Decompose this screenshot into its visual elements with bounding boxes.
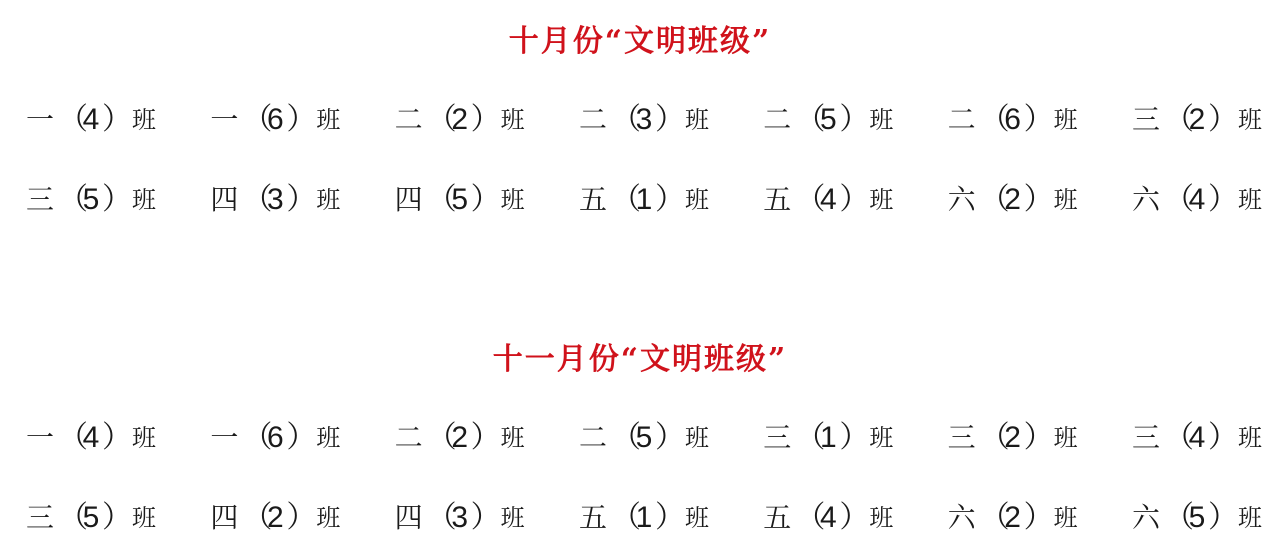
open-paren: （ <box>58 100 80 140</box>
class-item: 三（2）班 <box>944 418 1086 458</box>
grade-label: 三 <box>944 418 980 458</box>
close-paren: ） <box>471 100 493 140</box>
grade-label: 三 <box>759 418 795 458</box>
class-suffix: 班 <box>677 498 717 538</box>
open-paren: （ <box>795 180 817 220</box>
class-item: 六（2）班 <box>944 498 1086 538</box>
class-item: 五（1）班 <box>575 180 717 220</box>
class-suffix: 班 <box>493 100 533 140</box>
class-suffix: 班 <box>677 100 717 140</box>
grade-label: 五 <box>575 498 611 538</box>
grade-label: 六 <box>1128 180 1164 220</box>
grade-label: 一 <box>206 418 242 458</box>
class-item: 四（3）班 <box>206 180 348 220</box>
close-paren: ） <box>655 498 677 538</box>
class-item: 五（4）班 <box>759 180 901 220</box>
class-suffix: 班 <box>1230 100 1270 140</box>
class-item: 一（4）班 <box>22 100 164 140</box>
open-paren: （ <box>242 498 264 538</box>
class-number: 5 <box>1186 498 1208 538</box>
class-number: 2 <box>1186 100 1208 140</box>
class-suffix: 班 <box>1046 418 1086 458</box>
class-number: 5 <box>80 180 102 220</box>
close-paren: ） <box>1024 100 1046 140</box>
open-paren: （ <box>1164 180 1186 220</box>
class-number: 6 <box>1002 100 1024 140</box>
class-suffix: 班 <box>861 498 901 538</box>
class-item: 五（1）班 <box>575 498 717 538</box>
class-suffix: 班 <box>493 180 533 220</box>
close-paren: ） <box>839 498 861 538</box>
class-item: 二（3）班 <box>575 100 717 140</box>
class-item: 六（4）班 <box>1128 180 1270 220</box>
grade-label: 二 <box>575 100 611 140</box>
class-suffix: 班 <box>677 418 717 458</box>
grade-label: 五 <box>575 180 611 220</box>
class-suffix: 班 <box>308 498 348 538</box>
open-paren: （ <box>242 418 264 458</box>
class-suffix: 班 <box>308 180 348 220</box>
close-paren: ） <box>655 100 677 140</box>
class-item: 二（5）班 <box>575 418 717 458</box>
class-number: 3 <box>633 100 655 140</box>
close-paren: ） <box>286 180 308 220</box>
class-number: 4 <box>1186 418 1208 458</box>
class-suffix: 班 <box>308 418 348 458</box>
class-number: 1 <box>633 498 655 538</box>
grade-label: 四 <box>206 498 242 538</box>
close-paren: ） <box>655 418 677 458</box>
open-paren: （ <box>611 100 633 140</box>
grade-label: 二 <box>391 100 427 140</box>
class-suffix: 班 <box>1046 498 1086 538</box>
class-item: 一（4）班 <box>22 418 164 458</box>
close-paren: ） <box>1024 180 1046 220</box>
class-number: 6 <box>264 418 286 458</box>
grade-label: 二 <box>759 100 795 140</box>
november-section-title: 十一月份“文明班级” <box>0 338 1280 382</box>
class-number: 6 <box>264 100 286 140</box>
grade-label: 二 <box>944 100 980 140</box>
class-number: 5 <box>80 498 102 538</box>
open-paren: （ <box>427 498 449 538</box>
class-number: 2 <box>449 100 471 140</box>
class-item: 二（5）班 <box>759 100 901 140</box>
class-item: 二（6）班 <box>944 100 1086 140</box>
class-number: 2 <box>1002 498 1024 538</box>
grade-label: 一 <box>22 100 58 140</box>
close-paren: ） <box>286 418 308 458</box>
close-paren: ） <box>1208 418 1230 458</box>
close-paren: ） <box>1208 498 1230 538</box>
class-number: 2 <box>1002 180 1024 220</box>
grade-label: 六 <box>944 180 980 220</box>
close-paren: ） <box>102 180 124 220</box>
close-paren: ） <box>102 418 124 458</box>
class-suffix: 班 <box>124 418 164 458</box>
close-paren: ） <box>1208 180 1230 220</box>
grade-label: 四 <box>391 180 427 220</box>
open-paren: （ <box>980 180 1002 220</box>
close-paren: ） <box>286 498 308 538</box>
class-item: 六（5）班 <box>1128 498 1270 538</box>
class-number: 4 <box>80 418 102 458</box>
grade-label: 三 <box>1128 418 1164 458</box>
grade-label: 五 <box>759 180 795 220</box>
close-paren: ） <box>1024 418 1046 458</box>
november-class-row-2: 三（5）班 四（2）班 四（3）班 五（1）班 五（4）班 六（2）班 六（5）… <box>22 498 1270 538</box>
close-paren: ） <box>471 498 493 538</box>
class-suffix: 班 <box>1046 180 1086 220</box>
open-paren: （ <box>242 180 264 220</box>
class-suffix: 班 <box>861 100 901 140</box>
class-item: 二（2）班 <box>391 418 533 458</box>
open-paren: （ <box>980 418 1002 458</box>
grade-label: 三 <box>22 498 58 538</box>
open-paren: （ <box>58 498 80 538</box>
open-paren: （ <box>1164 418 1186 458</box>
open-paren: （ <box>58 180 80 220</box>
close-paren: ） <box>839 418 861 458</box>
class-item: 三（5）班 <box>22 498 164 538</box>
open-paren: （ <box>980 498 1002 538</box>
class-suffix: 班 <box>861 418 901 458</box>
close-paren: ） <box>471 180 493 220</box>
class-number: 5 <box>633 418 655 458</box>
open-paren: （ <box>611 498 633 538</box>
class-item: 三（1）班 <box>759 418 901 458</box>
class-number: 3 <box>449 498 471 538</box>
close-paren: ） <box>102 100 124 140</box>
grade-label: 一 <box>22 418 58 458</box>
class-suffix: 班 <box>124 498 164 538</box>
class-number: 1 <box>817 418 839 458</box>
open-paren: （ <box>795 498 817 538</box>
open-paren: （ <box>427 180 449 220</box>
class-suffix: 班 <box>1230 498 1270 538</box>
grade-label: 三 <box>22 180 58 220</box>
grade-label: 四 <box>206 180 242 220</box>
close-paren: ） <box>839 180 861 220</box>
class-suffix: 班 <box>308 100 348 140</box>
grade-label: 二 <box>575 418 611 458</box>
class-item: 一（6）班 <box>206 100 348 140</box>
grade-label: 六 <box>1128 498 1164 538</box>
class-suffix: 班 <box>493 498 533 538</box>
open-paren: （ <box>795 418 817 458</box>
class-item: 五（4）班 <box>759 498 901 538</box>
grade-label: 四 <box>391 498 427 538</box>
class-number: 5 <box>817 100 839 140</box>
open-paren: （ <box>58 418 80 458</box>
class-number: 2 <box>264 498 286 538</box>
class-suffix: 班 <box>493 418 533 458</box>
class-suffix: 班 <box>861 180 901 220</box>
open-paren: （ <box>427 100 449 140</box>
close-paren: ） <box>102 498 124 538</box>
class-suffix: 班 <box>1046 100 1086 140</box>
class-number: 5 <box>449 180 471 220</box>
class-number: 4 <box>80 100 102 140</box>
open-paren: （ <box>1164 498 1186 538</box>
class-item: 三（4）班 <box>1128 418 1270 458</box>
close-paren: ） <box>471 418 493 458</box>
class-item: 三（2）班 <box>1128 100 1270 140</box>
class-suffix: 班 <box>1230 180 1270 220</box>
class-number: 3 <box>264 180 286 220</box>
class-item: 一（6）班 <box>206 418 348 458</box>
class-number: 4 <box>817 180 839 220</box>
close-paren: ） <box>839 100 861 140</box>
class-item: 四（5）班 <box>391 180 533 220</box>
class-suffix: 班 <box>1230 418 1270 458</box>
class-suffix: 班 <box>677 180 717 220</box>
class-number: 4 <box>1186 180 1208 220</box>
class-item: 四（3）班 <box>391 498 533 538</box>
class-item: 二（2）班 <box>391 100 533 140</box>
open-paren: （ <box>611 180 633 220</box>
close-paren: ） <box>286 100 308 140</box>
class-number: 1 <box>633 180 655 220</box>
grade-label: 二 <box>391 418 427 458</box>
class-number: 4 <box>817 498 839 538</box>
october-class-row-2: 三（5）班 四（3）班 四（5）班 五（1）班 五（4）班 六（2）班 六（4）… <box>22 180 1270 220</box>
class-suffix: 班 <box>124 100 164 140</box>
class-suffix: 班 <box>124 180 164 220</box>
grade-label: 一 <box>206 100 242 140</box>
class-item: 三（5）班 <box>22 180 164 220</box>
grade-label: 五 <box>759 498 795 538</box>
close-paren: ） <box>1208 100 1230 140</box>
close-paren: ） <box>655 180 677 220</box>
class-number: 2 <box>449 418 471 458</box>
grade-label: 六 <box>944 498 980 538</box>
october-section-title: 十月份“文明班级” <box>0 20 1280 64</box>
open-paren: （ <box>1164 100 1186 140</box>
october-class-row-1: 一（4）班 一（6）班 二（2）班 二（3）班 二（5）班 二（6）班 三（2）… <box>22 100 1270 140</box>
open-paren: （ <box>427 418 449 458</box>
open-paren: （ <box>795 100 817 140</box>
open-paren: （ <box>242 100 264 140</box>
open-paren: （ <box>611 418 633 458</box>
close-paren: ） <box>1024 498 1046 538</box>
grade-label: 三 <box>1128 100 1164 140</box>
class-number: 2 <box>1002 418 1024 458</box>
class-item: 六（2）班 <box>944 180 1086 220</box>
november-class-row-1: 一（4）班 一（6）班 二（2）班 二（5）班 三（1）班 三（2）班 三（4）… <box>22 418 1270 458</box>
class-item: 四（2）班 <box>206 498 348 538</box>
open-paren: （ <box>980 100 1002 140</box>
